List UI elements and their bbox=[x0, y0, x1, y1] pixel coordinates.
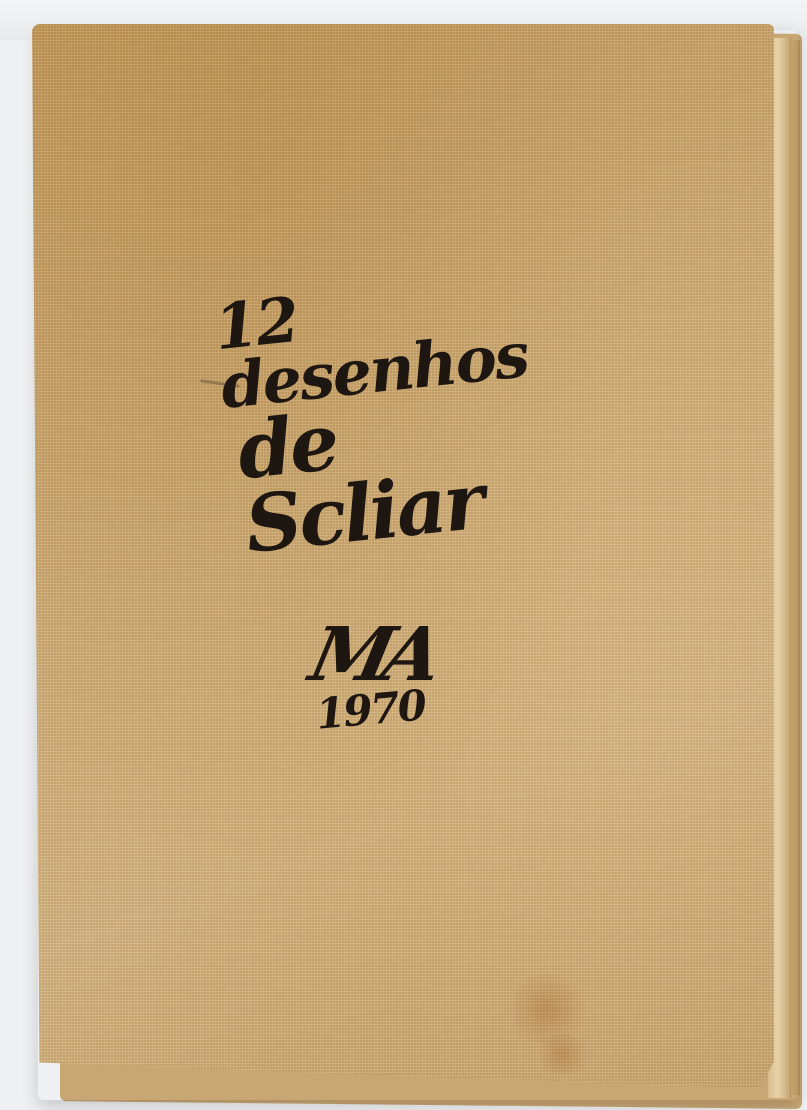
cover-title: 12 desenhos de Scliar bbox=[212, 262, 598, 564]
stain bbox=[502, 974, 592, 1044]
stain bbox=[532, 1034, 592, 1074]
cover-year: 1970 bbox=[314, 680, 427, 738]
portfolio-cover bbox=[32, 24, 774, 1088]
photo-scene: 12 desenhos de Scliar MA 1970 bbox=[0, 0, 807, 1110]
